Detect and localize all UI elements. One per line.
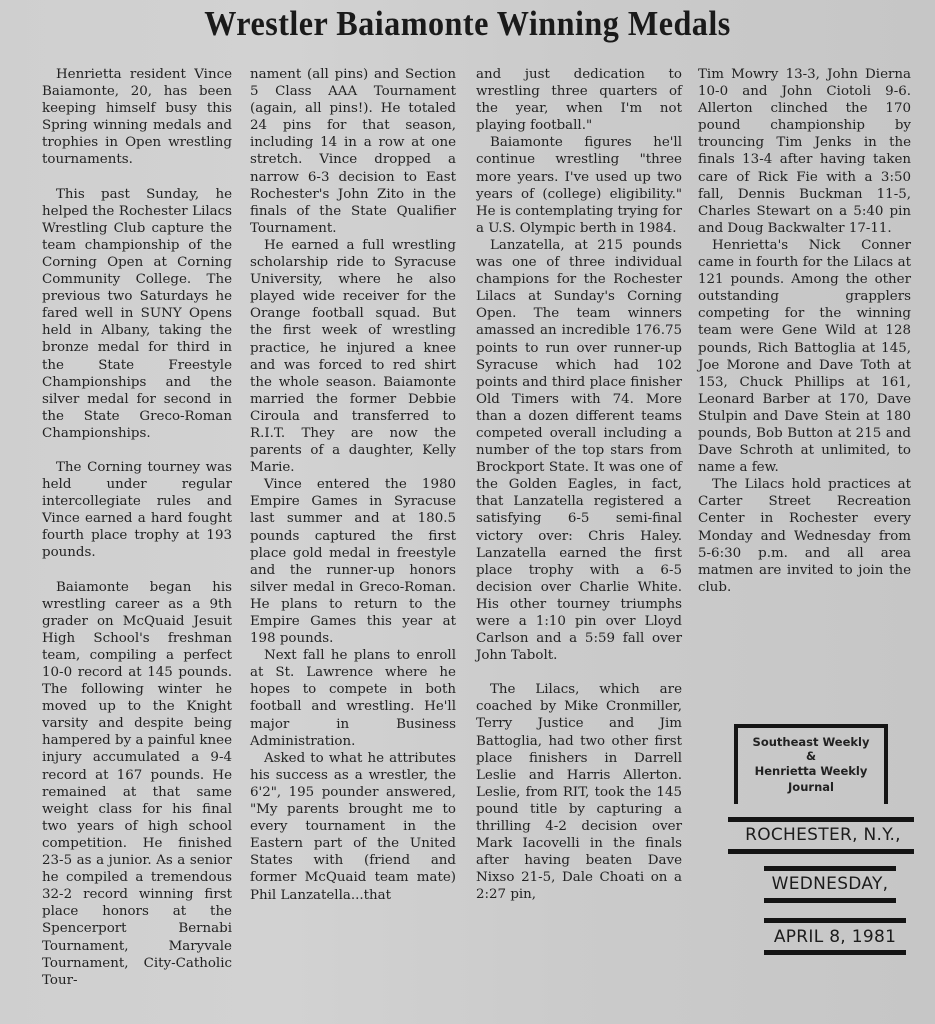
rule-divider (764, 950, 906, 955)
paragraph: He earned a full wrestling scholarship r… (250, 237, 456, 476)
paragraph: Vince entered the 1980 Empire Games in S… (250, 476, 456, 647)
paragraph: The Lilacs, which are coached by Mike Cr… (476, 681, 682, 903)
paragraph: Tim Mowry 13-3, John Dierna 10-0 and Joh… (698, 66, 911, 237)
paragraph: and just dedication to wrestling three q… (476, 66, 682, 134)
paragraph: Lanzatella, at 215 pounds was one of thr… (476, 237, 682, 664)
dateline-day: WEDNESDAY, (762, 874, 898, 894)
article-headline: Wrestler Baiamonte Winning Medals (37, 4, 897, 44)
publication-masthead: Southeast Weekly & Henrietta Weekly Jour… (734, 724, 888, 804)
paragraph: Baiamonte figures he'll continue wrestli… (476, 134, 682, 237)
masthead-line: & (738, 750, 884, 763)
paragraph: Henrietta resident Vince Baiamonte, 20, … (42, 66, 232, 169)
dateline-city: ROCHESTER, N.Y., (728, 825, 918, 845)
masthead-line: Journal (738, 779, 884, 795)
rule-divider (764, 918, 906, 923)
article-column-2: nament (all pins) and Section 5 Class AA… (250, 66, 456, 904)
rule-divider (728, 817, 914, 822)
paragraph: The Corning tourney was held under regul… (42, 459, 232, 562)
article-column-3: and just dedication to wrestling three q… (476, 66, 682, 904)
masthead-line: Southeast Weekly (738, 734, 884, 750)
paragraph: Asked to what he attributes his success … (250, 750, 456, 904)
paragraph: nament (all pins) and Section 5 Class AA… (250, 66, 456, 237)
masthead-line: Henrietta Weekly (738, 763, 884, 779)
rule-divider (764, 898, 896, 903)
paragraph: This past Sunday, he helped the Rocheste… (42, 186, 232, 442)
paragraph: The Lilacs hold practices at Carter Stre… (698, 476, 911, 596)
paragraph: Baiamonte began his wrestling career as … (42, 579, 232, 989)
rule-divider (728, 849, 914, 854)
article-column-1: Henrietta resident Vince Baiamonte, 20, … (42, 66, 232, 989)
article-column-4: Tim Mowry 13-3, John Dierna 10-0 and Joh… (698, 66, 911, 596)
paragraph: Next fall he plans to enroll at St. Lawr… (250, 647, 456, 750)
rule-divider (764, 866, 896, 871)
paragraph: Henrietta's Nick Conner came in fourth f… (698, 237, 911, 476)
dateline-date: APRIL 8, 1981 (764, 927, 906, 947)
